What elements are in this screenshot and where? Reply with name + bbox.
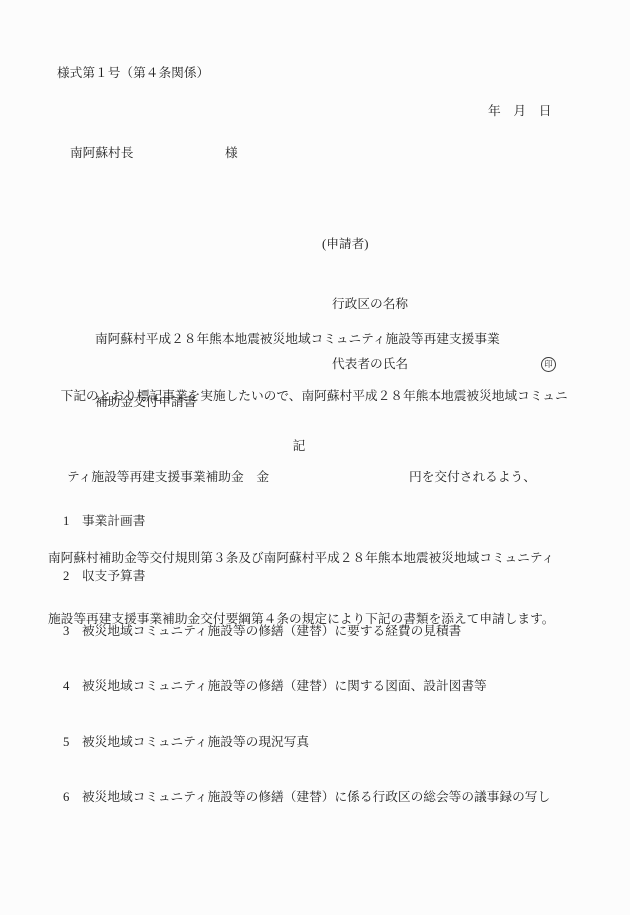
attachment-item: 2 収支予算書 — [63, 567, 550, 585]
ki-heading: 記 — [48, 437, 550, 455]
form-number: 様式第１号（第４条関係） — [57, 64, 209, 82]
attachments-list: 1 事業計画書 2 収支予算書 3 被災地域コミュニティ施設等の修繕（建替）に要… — [63, 475, 550, 843]
body-line-1: 下記のとおり標記事業を実施したいので、南阿蘇村平成２８年熊本地震被災地域コミュニ — [48, 386, 588, 406]
date-line: 年 月 日 — [488, 102, 551, 120]
applicant-label: (申請者) — [322, 234, 556, 254]
attachment-text: 被災地域コミュニティ施設等の修繕（建替）に関する図面、設計図書等 — [82, 677, 487, 695]
attachment-number: 5 — [63, 733, 82, 751]
attachment-item: 4 被災地域コミュニティ施設等の修繕（建替）に関する図面、設計図書等 — [63, 677, 550, 695]
attachment-number: 6 — [63, 788, 82, 806]
attachment-text: 被災地域コミュニティ施設等の現況写真 — [82, 733, 309, 751]
attachment-item: 1 事業計画書 — [63, 512, 550, 530]
attachment-number: 2 — [63, 567, 82, 585]
addressee-name: 南阿蘇村長 — [70, 144, 225, 162]
attachment-number: 3 — [63, 622, 82, 640]
attachment-text: 被災地域コミュニティ施設等の修繕（建替）に係る行政区の総会等の議事録の写し — [82, 788, 550, 806]
attachment-text: 収支予算書 — [82, 567, 145, 585]
addressee-line: 南阿蘇村長 様 — [70, 144, 238, 162]
application-form-page: 様式第１号（第４条関係） 年 月 日 南阿蘇村長 様 (申請者) 行政区の名称 … — [0, 0, 630, 915]
attachment-number: 1 — [63, 512, 82, 530]
attachment-number: 4 — [63, 677, 82, 695]
attachment-text: 被災地域コミュニティ施設等の修繕（建替）に要する経費の見積書 — [82, 622, 461, 640]
attachment-item: 6 被災地域コミュニティ施設等の修繕（建替）に係る行政区の総会等の議事録の写し — [63, 788, 550, 806]
attachment-text: 事業計画書 — [82, 512, 145, 530]
attachment-item: 3 被災地域コミュニティ施設等の修繕（建替）に要する経費の見積書 — [63, 622, 550, 640]
attachment-item: 5 被災地域コミュニティ施設等の現況写真 — [63, 733, 550, 751]
addressee-honorific: 様 — [225, 144, 238, 162]
